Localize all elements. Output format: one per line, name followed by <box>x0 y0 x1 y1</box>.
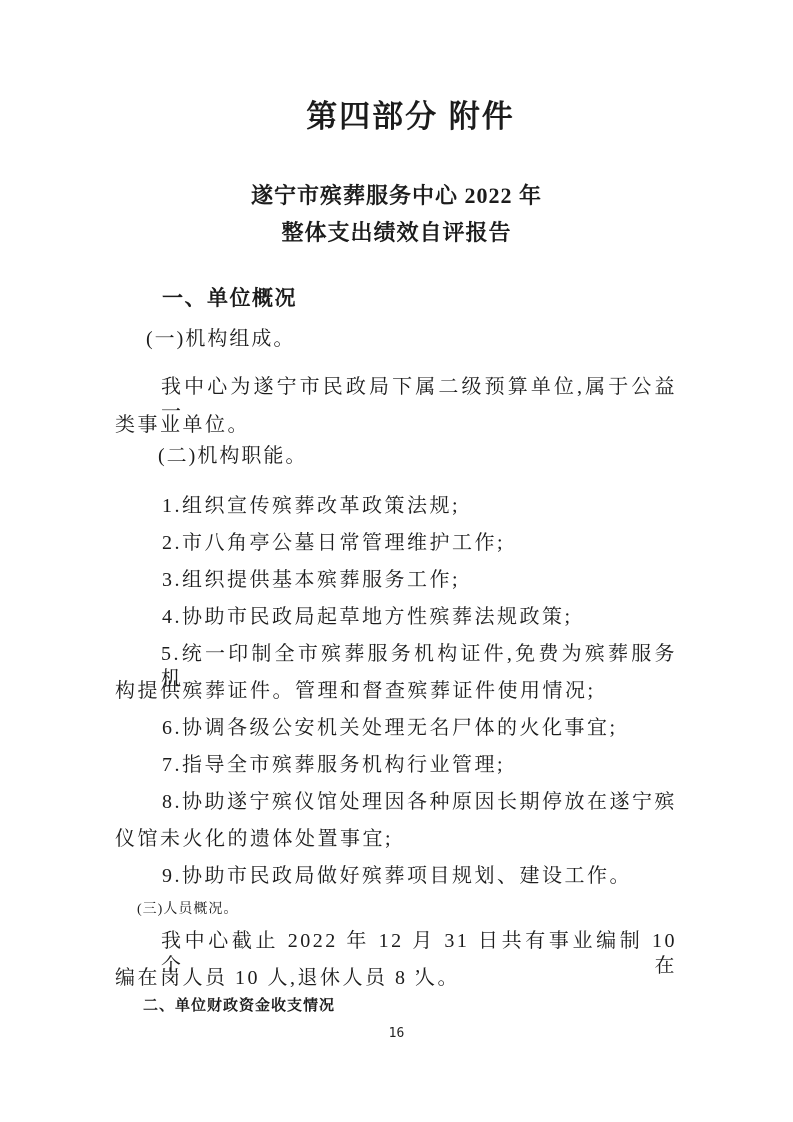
function-item-7: 7.指导全市殡葬服务机构行业管理; <box>162 753 505 778</box>
function-item-3: 3.组织提供基本殡葬服务工作; <box>162 568 460 593</box>
function-item-8-cont: 仪馆未火化的遗体处置事宜; <box>115 827 393 852</box>
section-2-heading: 二、单位财政资金收支情况 <box>143 997 335 1016</box>
report-title-line-1: 遂宁市殡葬服务中心 2022 年 <box>0 182 793 210</box>
function-item-4: 4.协助市民政局起草地方性殡葬法规政策; <box>162 605 573 630</box>
org-composition-heading: (一)机构组成。 <box>146 327 295 352</box>
section-1-heading: 一、单位概况 <box>162 286 297 312</box>
function-item-2: 2.市八角亭公墓日常管理维护工作; <box>162 531 505 556</box>
personnel-line: 编在岗人员 10 人,退休人员 8 人。 <box>115 966 460 991</box>
function-item-1: 1.组织宣传殡葬改革政策法规; <box>162 494 460 519</box>
org-functions-heading: (二)机构职能。 <box>158 444 307 469</box>
org-composition-line: 类事业单位。 <box>115 413 250 438</box>
personnel-heading: (三)人员概况。 <box>137 901 238 919</box>
function-item-9: 9.协助市民政局做好殡葬项目规划、建设工作。 <box>162 864 632 889</box>
function-item-6: 6.协调各级公安机关处理无名尸体的火化事宜; <box>162 716 618 741</box>
part-title: 第四部分 附件 <box>0 98 793 137</box>
function-item-8: 8.协助遂宁殡仪馆处理因各种原因长期停放在遂宁殡 <box>162 790 677 815</box>
function-item-5-cont: 构提供殡葬证件。管理和督查殡葬证件使用情况; <box>115 679 596 704</box>
page-number: 16 <box>0 1026 793 1042</box>
document-page: 第四部分 附件 遂宁市殡葬服务中心 2022 年 整体支出绩效自评报告 一、单位… <box>0 0 793 1122</box>
report-title-line-2: 整体支出绩效自评报告 <box>0 219 793 247</box>
